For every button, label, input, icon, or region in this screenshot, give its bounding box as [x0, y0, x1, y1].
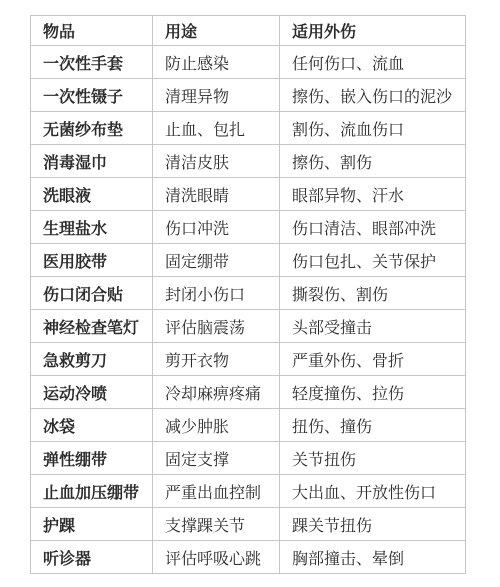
table-row: 医用胶带 固定绷带 伤口包扎、关节保护 — [31, 244, 466, 277]
table-row: 护踝 支撑踝关节 踝关节扭伤 — [31, 508, 466, 541]
use-cell: 评估呼吸心跳 — [153, 541, 280, 574]
use-cell: 清洗眼睛 — [153, 178, 280, 211]
injury-cell: 眼部异物、汗水 — [280, 178, 466, 211]
table-row: 弹性绷带 固定支撑 关节扭伤 — [31, 442, 466, 475]
item-cell: 医用胶带 — [31, 244, 153, 277]
injury-cell: 轻度撞伤、拉伤 — [280, 376, 466, 409]
injury-cell: 头部受撞击 — [280, 310, 466, 343]
use-cell: 减少肿胀 — [153, 409, 280, 442]
use-cell: 防止感染 — [153, 46, 280, 79]
use-cell: 止血、包扎 — [153, 112, 280, 145]
injury-cell: 踝关节扭伤 — [280, 508, 466, 541]
table-row: 神经检查笔灯 评估脑震荡 头部受撞击 — [31, 310, 466, 343]
item-cell: 伤口闭合贴 — [31, 277, 153, 310]
col-header-injury: 适用外伤 — [280, 16, 466, 46]
use-cell: 评估脑震荡 — [153, 310, 280, 343]
use-cell: 冷却麻痹疼痛 — [153, 376, 280, 409]
table-row: 无菌纱布垫 止血、包扎 割伤、流血伤口 — [31, 112, 466, 145]
use-cell: 支撑踝关节 — [153, 508, 280, 541]
first-aid-supplies-table: 物品 用途 适用外伤 一次性手套 防止感染 任何伤口、流血 一次性镊子 清理异物… — [30, 15, 466, 574]
injury-cell: 割伤、流血伤口 — [280, 112, 466, 145]
item-cell: 消毒湿巾 — [31, 145, 153, 178]
injury-cell: 严重外伤、骨折 — [280, 343, 466, 376]
use-cell: 封闭小伤口 — [153, 277, 280, 310]
injury-cell: 关节扭伤 — [280, 442, 466, 475]
table-row: 生理盐水 伤口冲洗 伤口清洁、眼部冲洗 — [31, 211, 466, 244]
injury-cell: 扭伤、撞伤 — [280, 409, 466, 442]
col-header-item: 物品 — [31, 16, 153, 46]
item-cell: 止血加压绷带 — [31, 475, 153, 508]
item-cell: 听诊器 — [31, 541, 153, 574]
item-cell: 弹性绷带 — [31, 442, 153, 475]
table-row: 急救剪刀 剪开衣物 严重外伤、骨折 — [31, 343, 466, 376]
table-row: 一次性手套 防止感染 任何伤口、流血 — [31, 46, 466, 79]
item-cell: 无菌纱布垫 — [31, 112, 153, 145]
injury-cell: 任何伤口、流血 — [280, 46, 466, 79]
table-row: 一次性镊子 清理异物 擦伤、嵌入伤口的泥沙 — [31, 79, 466, 112]
injury-cell: 伤口包扎、关节保护 — [280, 244, 466, 277]
table-row: 止血加压绷带 严重出血控制 大出血、开放性伤口 — [31, 475, 466, 508]
item-cell: 冰袋 — [31, 409, 153, 442]
table-row: 冰袋 减少肿胀 扭伤、撞伤 — [31, 409, 466, 442]
first-aid-table-container: 物品 用途 适用外伤 一次性手套 防止感染 任何伤口、流血 一次性镊子 清理异物… — [30, 15, 466, 574]
item-cell: 神经检查笔灯 — [31, 310, 153, 343]
injury-cell: 擦伤、嵌入伤口的泥沙 — [280, 79, 466, 112]
use-cell: 严重出血控制 — [153, 475, 280, 508]
use-cell: 清洁皮肤 — [153, 145, 280, 178]
item-cell: 一次性手套 — [31, 46, 153, 79]
injury-cell: 大出血、开放性伤口 — [280, 475, 466, 508]
table-row: 运动冷喷 冷却麻痹疼痛 轻度撞伤、拉伤 — [31, 376, 466, 409]
item-cell: 护踝 — [31, 508, 153, 541]
table-row: 洗眼液 清洗眼睛 眼部异物、汗水 — [31, 178, 466, 211]
table-row: 听诊器 评估呼吸心跳 胸部撞击、晕倒 — [31, 541, 466, 574]
use-cell: 清理异物 — [153, 79, 280, 112]
injury-cell: 伤口清洁、眼部冲洗 — [280, 211, 466, 244]
item-cell: 运动冷喷 — [31, 376, 153, 409]
item-cell: 洗眼液 — [31, 178, 153, 211]
use-cell: 伤口冲洗 — [153, 211, 280, 244]
use-cell: 固定绷带 — [153, 244, 280, 277]
header-row: 物品 用途 适用外伤 — [31, 16, 466, 46]
injury-cell: 擦伤、割伤 — [280, 145, 466, 178]
col-header-use: 用途 — [153, 16, 280, 46]
item-cell: 一次性镊子 — [31, 79, 153, 112]
injury-cell: 撕裂伤、割伤 — [280, 277, 466, 310]
table-row: 消毒湿巾 清洁皮肤 擦伤、割伤 — [31, 145, 466, 178]
injury-cell: 胸部撞击、晕倒 — [280, 541, 466, 574]
use-cell: 固定支撑 — [153, 442, 280, 475]
use-cell: 剪开衣物 — [153, 343, 280, 376]
item-cell: 急救剪刀 — [31, 343, 153, 376]
item-cell: 生理盐水 — [31, 211, 153, 244]
table-row: 伤口闭合贴 封闭小伤口 撕裂伤、割伤 — [31, 277, 466, 310]
